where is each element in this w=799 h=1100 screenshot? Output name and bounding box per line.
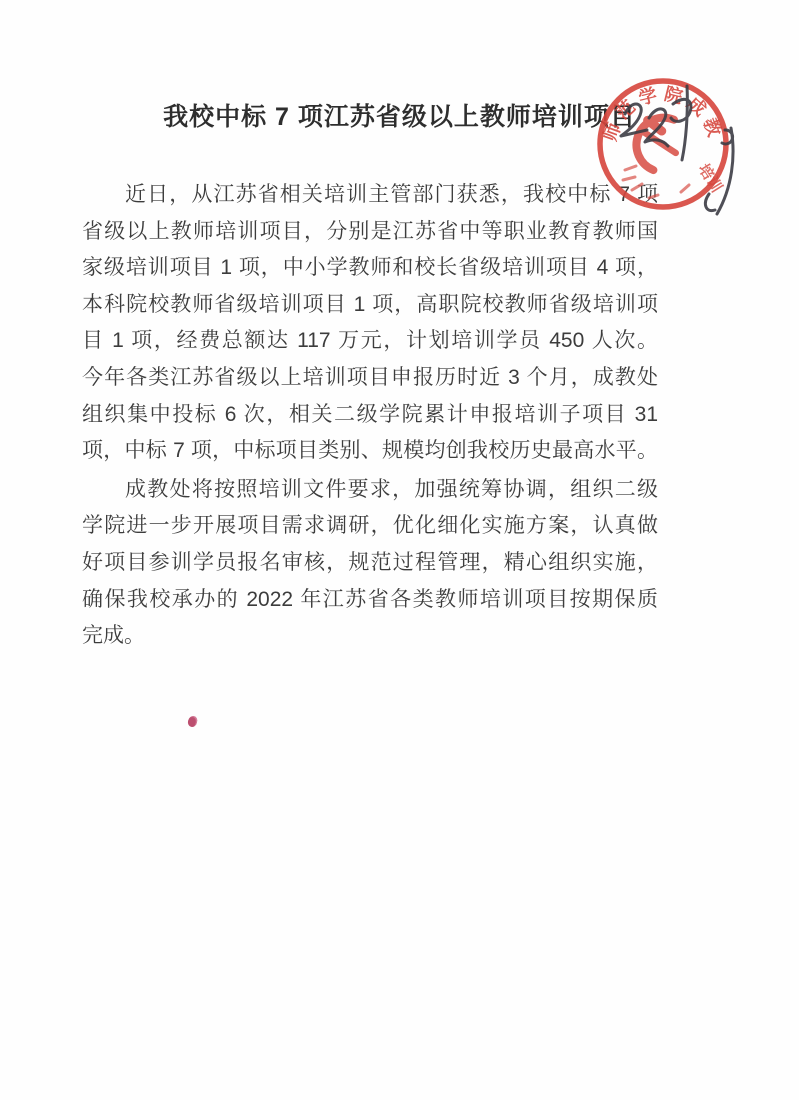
body-line: 省级以上教师培训项目，分别是江苏省中等职业教育教师国 <box>82 214 658 251</box>
ink-speck <box>187 715 198 728</box>
body-line: 近日，从江苏省相关培训主管部门获悉，我校中标 7 项 <box>82 177 658 214</box>
body-line: 家级培训项目 1 项，中小学教师和校长省级培训项目 4 项， <box>82 250 658 287</box>
document-page: 我校中标 7 项江苏省级以上教师培训项目 近日，从江苏省相关培训主管部门获悉，我… <box>0 0 799 1100</box>
body-line: 完成。 <box>82 618 658 655</box>
paragraph-2: 成教处将按照培训文件要求，加强统筹协调，组织二级 学院进一步开展项目需求调研，优… <box>82 472 658 655</box>
body-line: 项，中标 7 项，中标项目类别、规模均创我校历史最高水平。 <box>82 433 658 470</box>
paragraph-1: 近日，从江苏省相关培训主管部门获悉，我校中标 7 项 省级以上教师培训项目，分别… <box>82 177 658 470</box>
body-line: 目 1 项，经费总额达 117 万元，计划培训学员 450 人次。 <box>82 323 658 360</box>
body-line: 组织集中投标 6 次，相关二级学院累计申报培训子项目 31 <box>82 397 658 434</box>
body-line: 确保我校承办的 2022 年江苏省各类教师培训项目按期保质 <box>82 582 658 619</box>
body-line: 好项目参训学员报名审核，规范过程管理，精心组织实施， <box>82 545 658 582</box>
body-line: 成教处将按照培训文件要求，加强统筹协调，组织二级 <box>82 472 658 509</box>
body-line: 学院进一步开展项目需求调研，优化细化实施方案，认真做 <box>82 508 658 545</box>
seal-side-text: 培训 <box>695 161 726 196</box>
scanned-notice-document: { "doc": { "title": "我校中标 7 项江苏省级以上教师培训项… <box>0 0 799 1100</box>
body-line: 本科院校教师省级培训项目 1 项，高职院校教师省级培训项 <box>82 287 658 324</box>
document-body: 近日，从江苏省相关培训主管部门获悉，我校中标 7 项 省级以上教师培训项目，分别… <box>82 177 658 655</box>
body-line: 今年各类江苏省级以上培训项目申报历时近 3 个月，成教处 <box>82 360 658 397</box>
document-title: 我校中标 7 项江苏省级以上教师培训项目 <box>0 0 799 137</box>
